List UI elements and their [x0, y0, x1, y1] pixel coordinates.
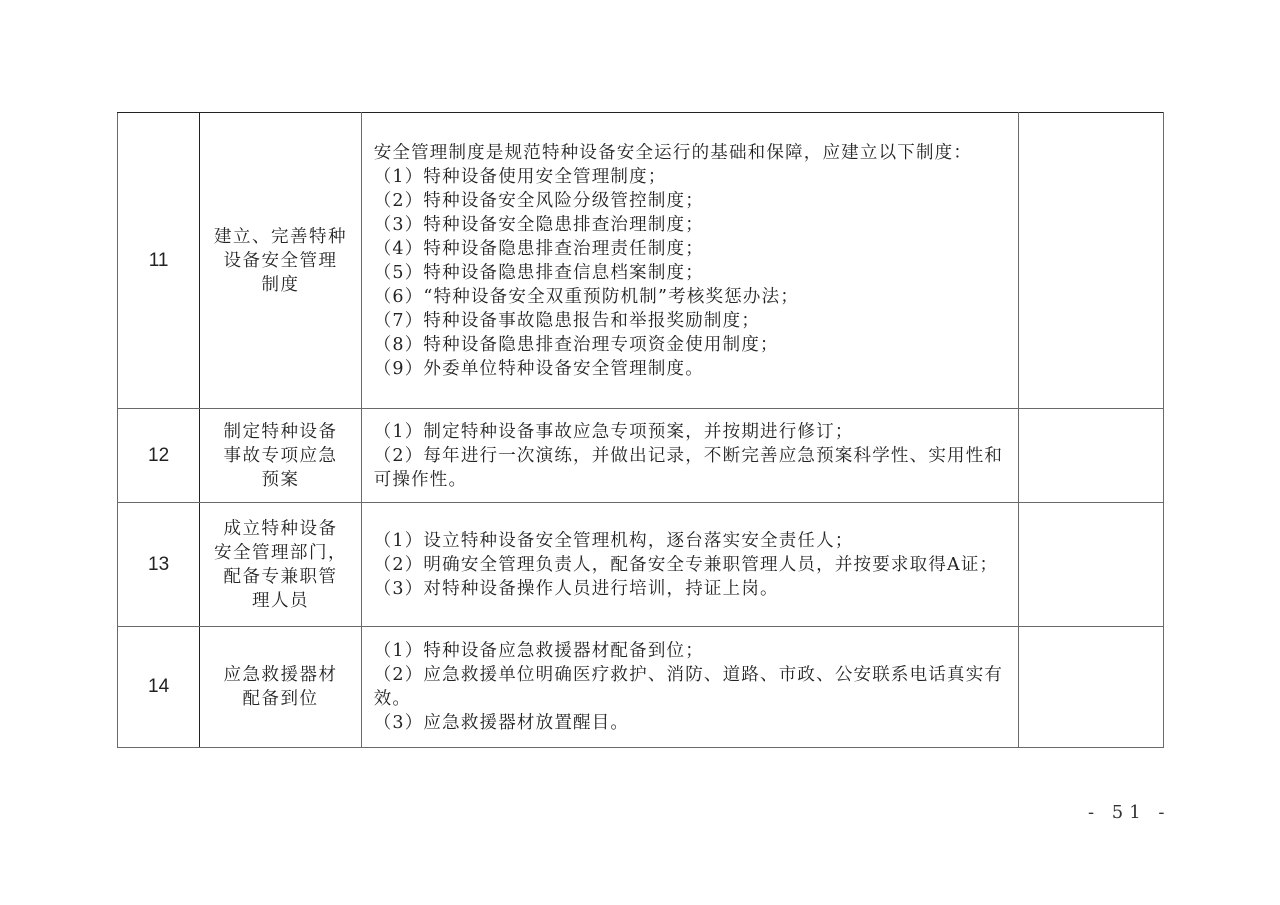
- item-title-line: 成立特种设备: [210, 517, 350, 541]
- content-line: （4）特种设备隐患排查治理责任制度；: [374, 237, 1008, 261]
- remark-cell: [1018, 409, 1163, 503]
- item-title-line: 设备安全管理: [210, 249, 350, 273]
- content-line: （1）特种设备使用安全管理制度；: [374, 165, 1008, 189]
- item-title-line: 理人员: [210, 589, 350, 613]
- page-number: - 51 -: [1088, 802, 1171, 823]
- item-title-line: 建立、完善特种: [210, 225, 350, 249]
- remark-cell: [1018, 113, 1163, 409]
- content-line: （1）制定特种设备事故应急专项预案，并按期进行修订；: [374, 420, 1008, 444]
- item-title-line: 事故专项应急: [210, 444, 350, 468]
- item-title-line: 应急救援器材: [210, 663, 350, 687]
- content-line: （8）特种设备隐患排查治理专项资金使用制度；: [374, 333, 1008, 357]
- row-number: 13: [118, 503, 200, 627]
- content-line: （3）对特种设备操作人员进行培训，持证上岗。: [374, 577, 1008, 601]
- item-title: 建立、完善特种 设备安全管理 制度: [200, 113, 361, 409]
- row-number: 14: [118, 627, 200, 748]
- item-title-line: 预案: [210, 468, 350, 492]
- table-row: 13 成立特种设备 安全管理部门， 配备专兼职管 理人员 （1）设立特种设备安全…: [118, 503, 1164, 627]
- content-line: （2）每年进行一次演练，并做出记录，不断完善应急预案科学性、实用性和可操作性。: [374, 444, 1008, 492]
- item-title-line: 制度: [210, 273, 350, 297]
- content-line: （1）设立特种设备安全管理机构，逐台落实安全责任人；: [374, 529, 1008, 553]
- remark-cell: [1018, 627, 1163, 748]
- item-title: 成立特种设备 安全管理部门， 配备专兼职管 理人员: [200, 503, 361, 627]
- content-line: （9）外委单位特种设备安全管理制度。: [374, 357, 1008, 381]
- item-title-line: 制定特种设备: [210, 420, 350, 444]
- content-line: （3）应急救援器材放置醒目。: [374, 711, 1008, 735]
- item-title: 制定特种设备 事故专项应急 预案: [200, 409, 361, 503]
- item-content: 安全管理制度是规范特种设备安全运行的基础和保障，应建立以下制度： （1）特种设备…: [361, 113, 1018, 409]
- content-line: （2）应急救援单位明确医疗救护、消防、道路、市政、公安联系电话真实有效。: [374, 663, 1008, 711]
- item-title-line: 安全管理部门，: [210, 541, 350, 565]
- content-line: （3）特种设备安全隐患排查治理制度；: [374, 213, 1008, 237]
- row-number: 12: [118, 409, 200, 503]
- item-content: （1）制定特种设备事故应急专项预案，并按期进行修订； （2）每年进行一次演练，并…: [361, 409, 1018, 503]
- content-line: （7）特种设备事故隐患报告和举报奖励制度；: [374, 309, 1008, 333]
- table-row: 14 应急救援器材 配备到位 （1）特种设备应急救援器材配备到位； （2）应急救…: [118, 627, 1164, 748]
- requirements-table: 11 建立、完善特种 设备安全管理 制度 安全管理制度是规范特种设备安全运行的基…: [117, 112, 1164, 748]
- content-line: （6）“特种设备安全双重预防机制”考核奖惩办法；: [374, 285, 1008, 309]
- content-line: （2）明确安全管理负责人，配备安全专兼职管理人员，并按要求取得A证；: [374, 553, 1008, 577]
- content-line: 安全管理制度是规范特种设备安全运行的基础和保障，应建立以下制度：: [374, 141, 1008, 165]
- item-content: （1）设立特种设备安全管理机构，逐台落实安全责任人； （2）明确安全管理负责人，…: [361, 503, 1018, 627]
- item-content: （1）特种设备应急救援器材配备到位； （2）应急救援单位明确医疗救护、消防、道路…: [361, 627, 1018, 748]
- content-line: （2）特种设备安全风险分级管控制度；: [374, 189, 1008, 213]
- item-title-line: 配备专兼职管: [210, 565, 350, 589]
- content-line: （1）特种设备应急救援器材配备到位；: [374, 639, 1008, 663]
- item-title: 应急救援器材 配备到位: [200, 627, 361, 748]
- remark-cell: [1018, 503, 1163, 627]
- content-line: （5）特种设备隐患排查信息档案制度；: [374, 261, 1008, 285]
- row-number: 11: [118, 113, 200, 409]
- item-title-line: 配备到位: [210, 687, 350, 711]
- table-row: 11 建立、完善特种 设备安全管理 制度 安全管理制度是规范特种设备安全运行的基…: [118, 113, 1164, 409]
- table-row: 12 制定特种设备 事故专项应急 预案 （1）制定特种设备事故应急专项预案，并按…: [118, 409, 1164, 503]
